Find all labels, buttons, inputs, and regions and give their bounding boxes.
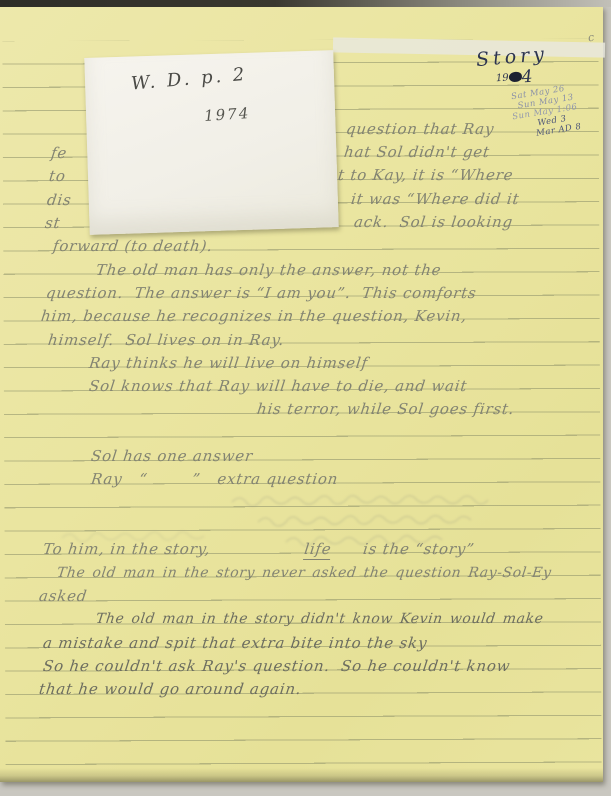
handwriting-line: Sol knows that Ray will have to die, and… (88, 377, 468, 395)
handwriting-line: asked (38, 587, 88, 605)
pasted-white-label: W. D. p. 2 1974 (84, 50, 338, 235)
handwriting-line: The old man in the story didn't know Kev… (95, 611, 545, 627)
yellow-legal-sheet: question that Ray fe hat Sol didn't get … (0, 6, 603, 782)
corner-check-mark: c (587, 31, 595, 45)
handwriting-line: him, because he recognizes in the questi… (40, 307, 468, 325)
ink-year-with-blot: 1974 (495, 67, 533, 90)
scan-top-edge (0, 0, 611, 7)
label-title: W. D. p. 2 (130, 64, 248, 95)
ink-year-prefix: 19 (496, 72, 509, 84)
handwriting-line: it was “Where did it (350, 190, 521, 208)
scanned-page: question that Ray fe hat Sol didn't get … (0, 0, 611, 796)
handwriting-fragment: to (48, 167, 67, 185)
ink-year-suffix: 4 (521, 67, 533, 88)
handwriting-line: Sol has one answer (90, 447, 254, 465)
handwriting-line: forward (to death). (52, 237, 214, 255)
handwriting-line: himself. Sol lives on in Ray. (47, 331, 285, 349)
handwriting-line: hat Sol didn't get (343, 143, 491, 161)
handwriting-underlined-word: life (303, 540, 333, 560)
handwriting-line: question. The answer is “I am you”. This… (45, 284, 478, 302)
handwriting-line: that he would go around again. (38, 680, 303, 698)
handwriting-line: ack. Sol is looking (353, 213, 514, 231)
handwriting-line: a mistake and spit that extra bite into … (42, 634, 428, 652)
handwriting-line: t to Kay, it is “Where (337, 166, 515, 184)
handwriting-fragment: fe (50, 144, 68, 162)
handwriting-line: So he couldn't ask Ray's question. So he… (42, 657, 512, 675)
handwriting-line: question that Ray (345, 120, 495, 138)
handwriting-fragment: st (44, 214, 62, 232)
handwriting-line: his terror, while Sol goes first. (256, 400, 515, 418)
label-year: 1974 (204, 104, 251, 125)
handwriting-line: is the “story” (362, 540, 476, 558)
handwriting-line: The old man has only the answer, not the (95, 261, 443, 279)
handwriting-line: Ray “ ” extra question (90, 470, 339, 488)
page-bottom-shadow (0, 768, 603, 782)
handwriting-line: To him, in the story, (42, 540, 212, 558)
handwriting-line: Ray thinks he will live on himself (88, 354, 369, 372)
handwriting-line: The old man in the story never asked the… (56, 565, 552, 581)
ink-blot: 7 (508, 71, 522, 82)
handwriting-fragment: dis (46, 191, 73, 209)
